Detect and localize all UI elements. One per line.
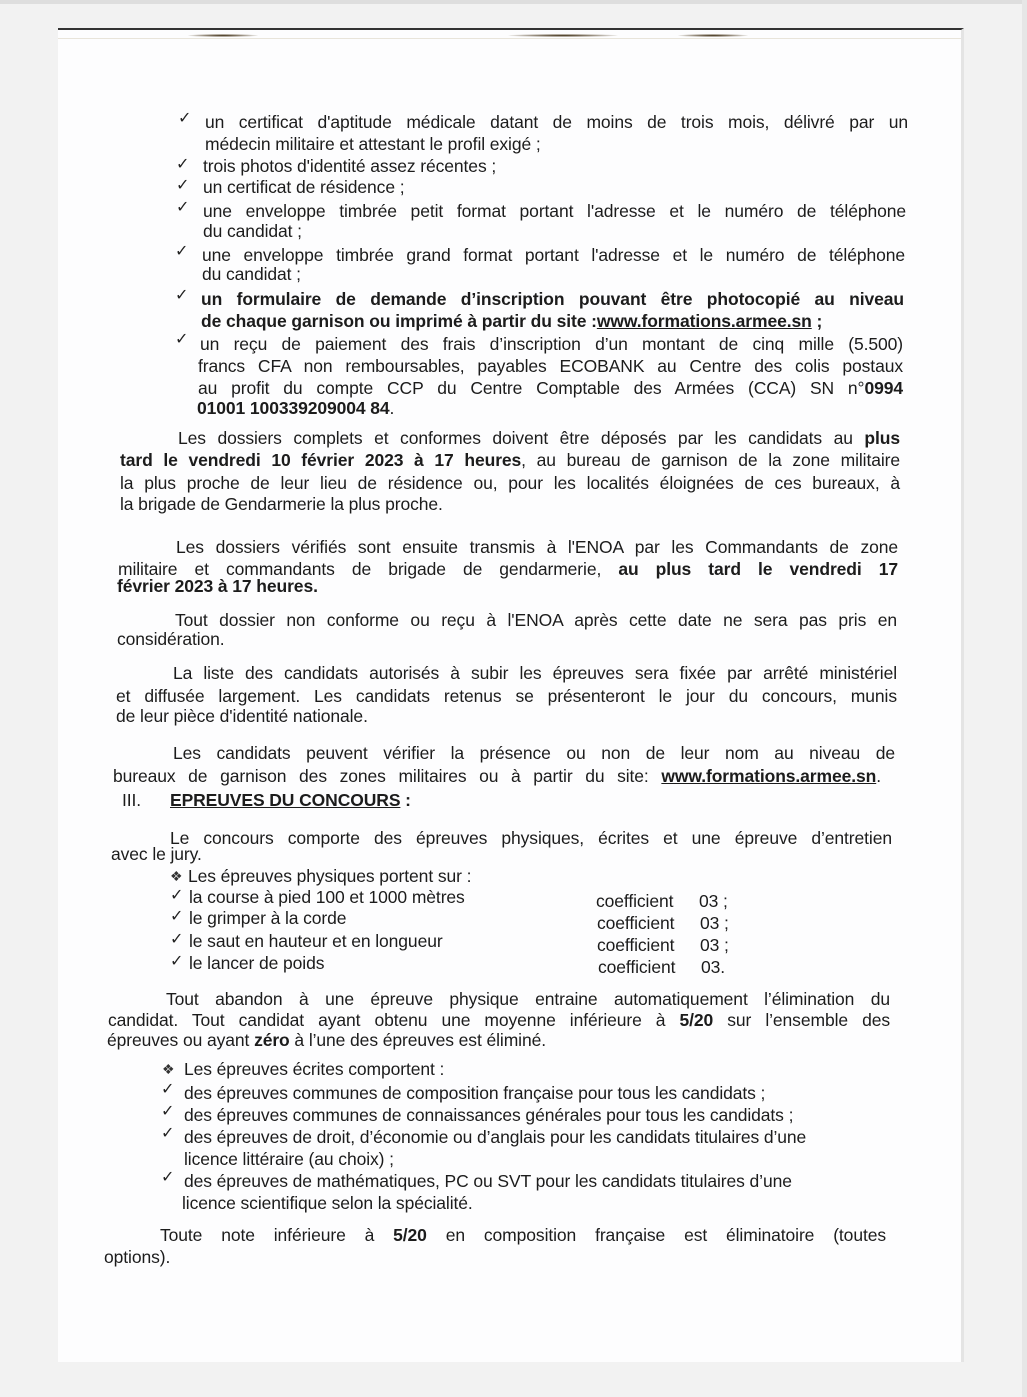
paragraph-line: tard le vendredi 10 février 2023 à 17 he… [120, 450, 900, 470]
paragraph-line: avec le jury. [111, 844, 202, 864]
checkmark-icon: ✓ [175, 242, 188, 262]
deadline-text: plus [864, 428, 900, 448]
requirement-line: du candidat ; [202, 264, 301, 284]
text: , au bureau de garnison de la zone milit… [521, 450, 900, 470]
coefficient-value: 03 ; [700, 935, 729, 955]
written-test-item: des épreuves communes de composition fra… [184, 1083, 765, 1103]
checkmark-icon: ✓ [161, 1080, 174, 1100]
written-test-item: des épreuves communes de connaissances g… [184, 1105, 793, 1125]
paragraph-line: épreuves ou ayant zéro à l’une des épreu… [107, 1030, 546, 1050]
scan-smudge [508, 34, 618, 37]
account-number: 0994 [864, 378, 903, 398]
text: à l’une des épreuves est éliminé. [290, 1030, 546, 1050]
paragraph-line: bureaux de garnison des zones militaires… [113, 766, 881, 786]
formations-site-link[interactable]: www.formations.armee.sn [597, 311, 812, 331]
requirement-line: un certificat d'aptitude médicale datant… [205, 112, 908, 132]
checkmark-icon: ✓ [176, 176, 189, 196]
checkmark-icon: ✓ [175, 286, 188, 306]
paragraph-line: Tout dossier non conforme ou reçu à l'EN… [175, 610, 897, 630]
paragraph-line: la brigade de Gendarmerie la plus proche… [120, 494, 443, 514]
coefficient-value: 03 ; [700, 913, 729, 933]
written-test-item: des épreuves de droit, d’économie ou d’a… [184, 1127, 806, 1147]
paragraph-line: considération. [117, 629, 225, 649]
checkmark-icon: ✓ [176, 198, 189, 218]
text: sur l’ensemble des [713, 1010, 890, 1030]
text: épreuves ou ayant [107, 1030, 254, 1050]
paragraph-line: et diffusée largement. Les candidats ret… [116, 686, 897, 706]
requirement-line: du candidat ; [203, 221, 302, 241]
paragraph-line: Les dossiers complets et conformes doive… [178, 428, 900, 448]
requirement-line: un reçu de paiement des frais d’inscript… [200, 334, 903, 354]
diamond-bullet-icon: ❖ [162, 1059, 175, 1079]
physical-tests-heading: Les épreuves physiques portent sur : [188, 866, 471, 886]
checkmark-icon: ✓ [170, 907, 183, 927]
scan-smudge [188, 34, 258, 37]
checkmark-icon: ✓ [161, 1124, 174, 1144]
requirement-line: un formulaire de demande d’inscription p… [201, 289, 904, 309]
requirement-line: trois photos d'identité assez récentes ; [203, 156, 496, 176]
coefficient-label: coefficient [598, 957, 675, 977]
text: candidat. Tout candidat ayant obtenu une… [108, 1010, 680, 1030]
paragraph-line: Tout abandon à une épreuve physique entr… [166, 989, 890, 1009]
formations-site-link[interactable]: www.formations.armee.sn [661, 766, 876, 786]
account-number: 01001 100339209004 84 [197, 398, 390, 418]
coefficient-value: 03. [701, 957, 725, 977]
coefficient-label: coefficient [597, 935, 674, 955]
requirement-line: une enveloppe timbrée petit format porta… [203, 201, 906, 221]
diamond-bullet-icon: ❖ [170, 866, 183, 886]
written-tests-heading: Les épreuves écrites comportent : [184, 1059, 444, 1079]
physical-test-label: la course à pied 100 et 1000 mètres [189, 887, 465, 907]
checkmark-icon: ✓ [175, 330, 188, 350]
text: Les dossiers complets et conformes doive… [178, 428, 864, 448]
scan-smudge [678, 34, 748, 37]
checkmark-icon: ✓ [170, 952, 183, 972]
requirement-line: au profit du compte CCP du Centre Compta… [198, 378, 903, 398]
text: en composition française est éliminatoir… [427, 1225, 886, 1245]
requirement-line: un certificat de résidence ; [203, 177, 404, 197]
checkmark-icon: ✓ [161, 1102, 174, 1122]
written-test-item: licence littéraire (au choix) ; [184, 1149, 394, 1169]
page-fold-line [58, 38, 961, 39]
colon: : [400, 790, 411, 810]
paragraph-line: Les dossiers vérifiés sont ensuite trans… [176, 537, 898, 557]
physical-test-label: le grimper à la corde [189, 908, 346, 928]
deadline-text: au plus tard le vendredi 17 [618, 559, 898, 579]
score-threshold: 5/20 [680, 1010, 714, 1030]
paragraph-line: candidat. Tout candidat ayant obtenu une… [108, 1010, 890, 1030]
text: bureaux de garnison des zones militaires… [113, 766, 661, 786]
requirement-line: 01001 100339209004 84. [197, 398, 394, 418]
checkmark-icon: ✓ [176, 155, 189, 175]
checkmark-icon: ✓ [178, 109, 191, 129]
paragraph-line: de leur pièce d'identité nationale. [116, 706, 368, 726]
coefficient-value: 03 ; [699, 891, 728, 911]
viewer-scrollbar-edge[interactable] [1022, 0, 1027, 1397]
text: Toute note inférieure à [160, 1225, 393, 1245]
requirement-line: de chaque garnison ou imprimé à partir d… [201, 311, 822, 331]
checkmark-icon: ✓ [170, 930, 183, 950]
viewer-top-strip [0, 0, 1027, 4]
requirement-text: de chaque garnison ou imprimé à partir d… [201, 311, 597, 331]
section-number: III. [122, 790, 141, 810]
period: . [390, 398, 395, 418]
checkmark-icon: ✓ [161, 1168, 174, 1188]
requirement-line: médecin militaire et attestant le profil… [205, 134, 541, 154]
written-test-item: licence scientifique selon la spécialité… [182, 1193, 473, 1213]
paragraph-line: la plus proche de leur lieu de résidence… [120, 473, 900, 493]
deadline-text: février 2023 à 17 heures. [117, 576, 318, 596]
checkmark-icon: ✓ [170, 886, 183, 906]
deadline-text: tard le vendredi 10 février 2023 à 17 he… [120, 450, 521, 470]
requirement-line: une enveloppe timbrée grand format porta… [202, 245, 905, 265]
physical-test-label: le saut en hauteur et en longueur [189, 931, 443, 951]
paragraph-line: La liste des candidats autorisés à subir… [173, 663, 897, 683]
paragraph-line: Les candidats peuvent vérifier la présen… [173, 743, 895, 763]
requirement-text: ; [812, 311, 823, 331]
coefficient-label: coefficient [596, 891, 673, 911]
period: . [876, 766, 881, 786]
paragraph-line: Le concours comporte des épreuves physiq… [170, 828, 892, 848]
requirement-line: francs CFA non remboursables, payables E… [198, 356, 903, 376]
score-threshold: 5/20 [393, 1225, 427, 1245]
written-test-item: des épreuves de mathématiques, PC ou SVT… [184, 1171, 792, 1191]
section-title-text: EPREUVES DU CONCOURS [170, 790, 400, 810]
zero-score: zéro [254, 1030, 290, 1050]
paragraph-line: Toute note inférieure à 5/20 en composit… [160, 1225, 886, 1245]
physical-test-label: le lancer de poids [189, 953, 324, 973]
section-title: EPREUVES DU CONCOURS : [170, 790, 411, 810]
requirement-text: au profit du compte CCP du Centre Compta… [198, 378, 864, 398]
paragraph-line: options). [104, 1247, 170, 1267]
coefficient-label: coefficient [597, 913, 674, 933]
